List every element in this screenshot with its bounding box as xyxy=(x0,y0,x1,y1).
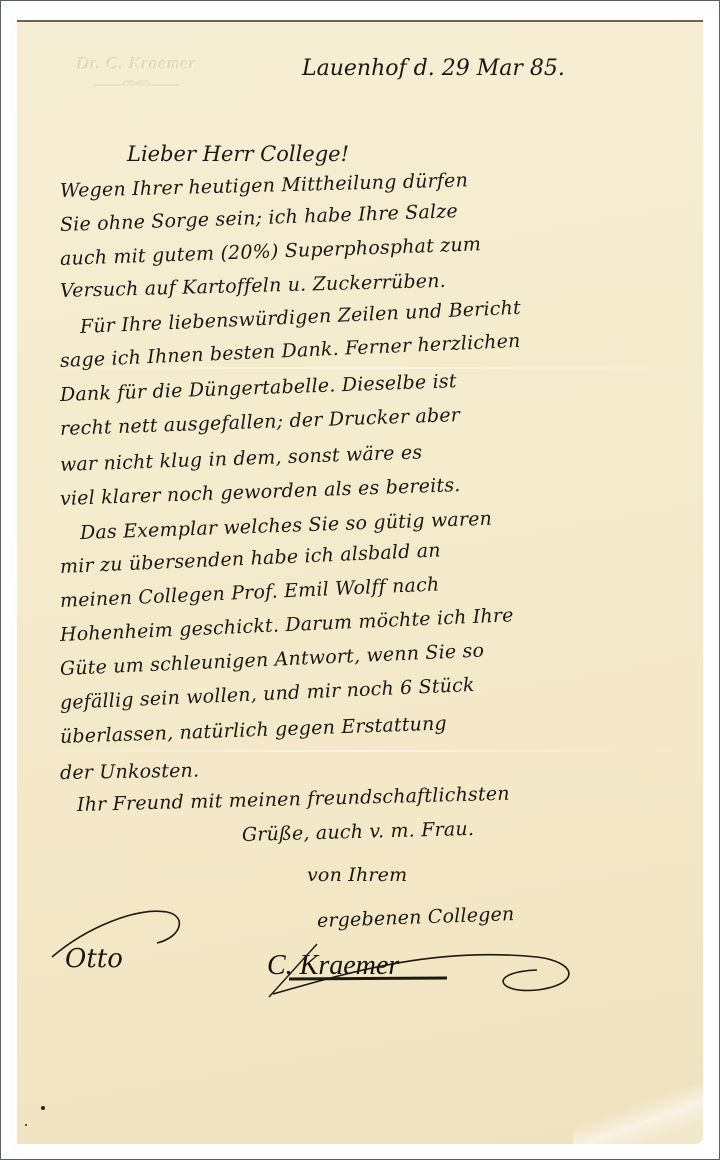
letter-paper: Dr. C. Kraemer —⸺∽◦∽⸺— Lauenhof d. 29 Ma… xyxy=(17,20,703,1144)
ink-spot xyxy=(41,1106,45,1110)
corner-fold xyxy=(573,1084,703,1144)
signature-flourish-icon xyxy=(17,22,703,1144)
ink-spot xyxy=(25,1124,27,1126)
margin-note: Otto xyxy=(65,944,123,974)
